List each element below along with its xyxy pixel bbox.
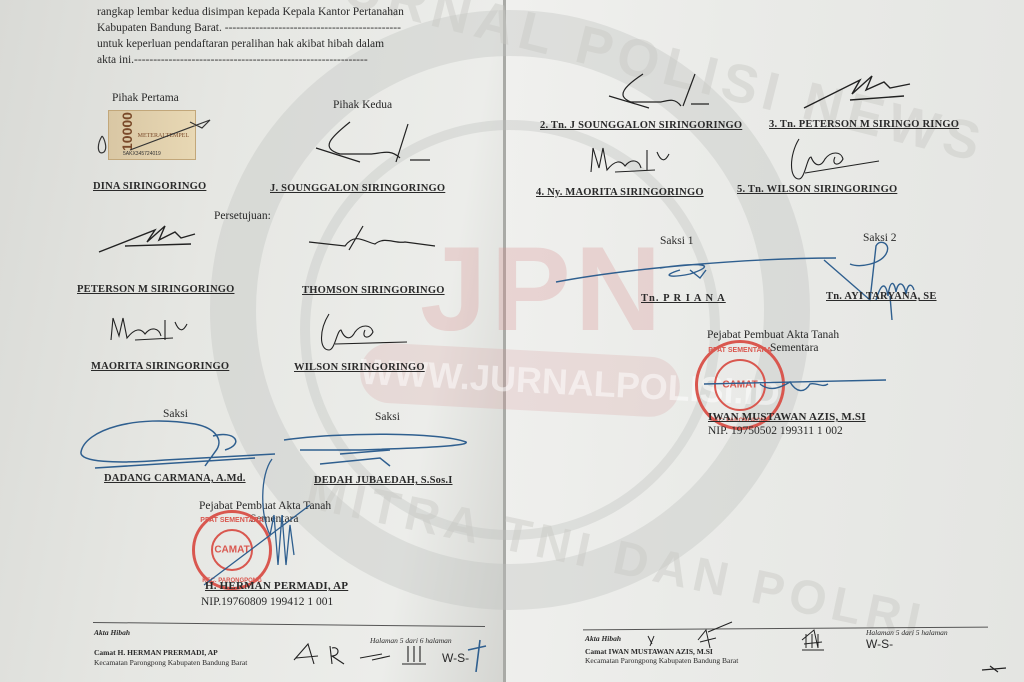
name-persetujuan-3: MAORITA SIRINGORINGO — [91, 361, 229, 372]
document-page-right — [505, 0, 1024, 682]
name-saksi-2: DEDAH JUBAEDAH, S.Sos.I — [314, 475, 453, 486]
stamp-arc-top: PPAT SEMENTARA — [698, 347, 782, 354]
name-pihak-kedua: J. SOUNGGALON SIRINGORINGO — [270, 183, 445, 194]
meterai-value: 10000 — [119, 112, 135, 151]
footer-page-left: Halaman 5 dari 6 halaman — [370, 636, 452, 645]
name-persetujuan-4: WILSON SIRINGORINGO — [294, 362, 425, 373]
ppat-name-left: H. HERMAN PERMADI, AP — [205, 580, 348, 592]
signatory-2: 2. Tn. J SOUNGGALON SIRINGORINGO — [540, 120, 742, 131]
meterai-label: METERAI TEMPEL — [138, 133, 189, 140]
ppat-title-right: Pejabat Pembuat Akta Tanah — [707, 329, 839, 341]
saksi-2-name: Tn. AYI TARYANA, SE — [826, 291, 937, 302]
saksi-1-label: Saksi 1 — [660, 235, 694, 247]
ppat-name-right: IWAN MUSTAWAN AZIS, M.SI — [708, 411, 866, 423]
pihak-pertama-label: Pihak Pertama — [112, 92, 179, 104]
ppat-stamp-left: PPAT SEMENTARA CAMAT KEC. PARONGPONG — [192, 510, 272, 590]
meterai-serial: 5AKX345724019 — [123, 151, 161, 157]
name-saksi-1: DADANG CARMANA, A.Md. — [104, 473, 246, 484]
stamp-center: CAMAT — [195, 545, 269, 556]
signatory-5: 5. Tn. WILSON SIRINGORINGO — [737, 184, 897, 195]
name-persetujuan-1: PETERSON M SIRINGORINGO — [77, 284, 234, 295]
stamp-arc-top: PPAT SEMENTARA — [195, 517, 269, 524]
footer-district-right: Kecamatan Parongpong Kabupaten Bandung B… — [585, 656, 738, 665]
footer-district-left: Kecamatan Parongpong Kabupaten Bandung B… — [94, 658, 247, 667]
name-pihak-pertama: DINA SIRINGORINGO — [93, 181, 206, 192]
footer-official-right: Camat IWAN MUSTAWAN AZIS, M.SI — [585, 647, 713, 656]
saksi-1-name: Tn. P R I A N A — [641, 293, 726, 304]
paragraph-line: rangkap lembar kedua disimpan kepada Kep… — [97, 4, 467, 20]
saksi-label-2: Saksi — [375, 411, 400, 423]
signatory-3: 3. Tn. PETERSON M SIRINGO RINGO — [769, 119, 959, 130]
ppat-nip-left: NIP.19760809 199412 1 001 — [201, 596, 333, 608]
name-persetujuan-2: THOMSON SIRINGORINGO — [302, 285, 445, 296]
pihak-kedua-label: Pihak Kedua — [333, 99, 392, 111]
ppat-title-left: Pejabat Pembuat Akta Tanah — [199, 500, 331, 512]
paragraph-line: Kabupaten Bandung Barat. ---------------… — [97, 20, 467, 36]
signatory-4: 4. Ny. MAORITA SIRINGORINGO — [536, 187, 704, 198]
footer-ws-left: W-S- — [442, 651, 469, 665]
meterai-stamp: 10000 METERAI TEMPEL 5AKX345724019 — [108, 110, 196, 160]
stamp-center: CAMAT — [698, 380, 782, 391]
paragraph-line: akta ini.-------------------------------… — [97, 52, 467, 68]
page-fold — [503, 0, 506, 682]
closing-paragraph: rangkap lembar kedua disimpan kepada Kep… — [97, 4, 467, 68]
footer-page-right: Halaman 5 dari 5 halaman — [866, 628, 948, 637]
footer-official-left: Camat H. HERMAN PRERMADI, AP — [94, 648, 218, 657]
ppat-nip-right: NIP. 19750502 199311 1 002 — [708, 425, 843, 437]
persetujuan-label: Persetujuan: — [214, 210, 271, 222]
footer-doc-left: Akta Hibah — [94, 628, 130, 637]
saksi-2-label: Saksi 2 — [863, 232, 897, 244]
footer-doc-right: Akta Hibah — [585, 634, 621, 643]
paragraph-line: untuk keperluan pendaftaran peralihan ha… — [97, 36, 467, 52]
footer-ws-right: W-S- — [866, 637, 893, 651]
saksi-label-1: Saksi — [163, 408, 188, 420]
